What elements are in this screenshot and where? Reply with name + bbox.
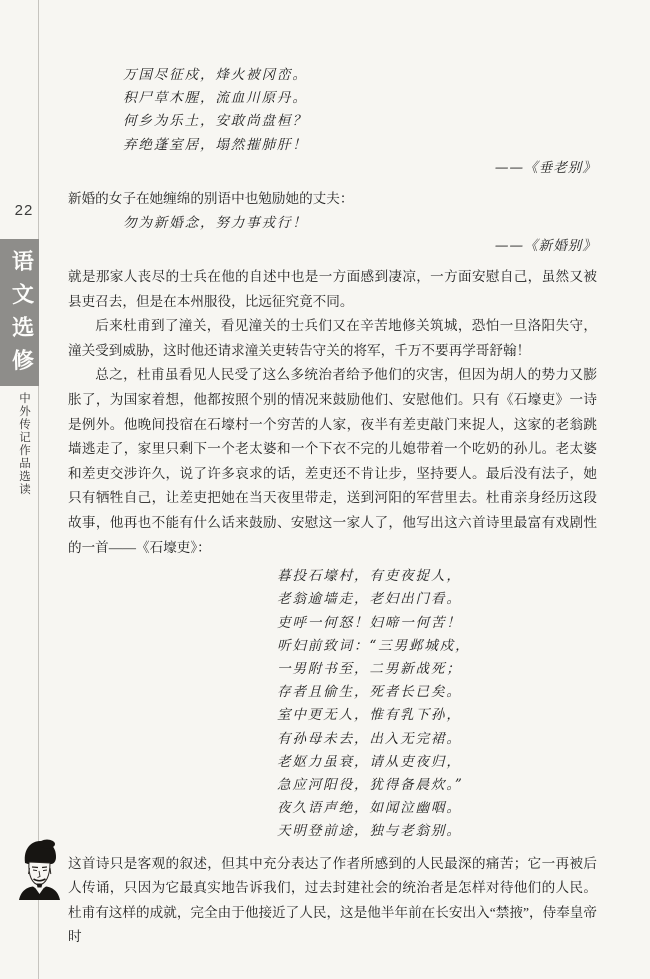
poem-chuilaobie-excerpt: 万国尽征戍，烽火被冈峦。 积尸草木腥，流血川原丹。 何乡为乐土，安敢尚盘桓？ 弃… bbox=[123, 64, 597, 157]
poem-line: 室中更无人，惟有乳下孙， bbox=[277, 704, 597, 727]
poem-line: 老翁逾墙走，老妇出门看。 bbox=[277, 588, 597, 611]
series-title-char: 文 bbox=[12, 283, 35, 306]
poem-attribution-xinhunbie: ——《新婚别》 bbox=[68, 235, 597, 258]
page-number: 22 bbox=[11, 202, 37, 219]
margin-rule bbox=[38, 0, 39, 979]
poem-line: 弃绝蓬室居，塌然摧肺肝！ bbox=[123, 134, 597, 157]
series-title-char: 语 bbox=[12, 250, 35, 273]
poem-line: 何乡为乐土，安敢尚盘桓？ bbox=[123, 110, 597, 133]
series-title-char: 修 bbox=[12, 350, 35, 373]
poem-line: 有孙母未去，出入无完裙。 bbox=[277, 728, 597, 751]
poem-line: 一男附书至，二男新战死； bbox=[277, 658, 597, 681]
series-title-char: 选 bbox=[12, 317, 35, 340]
body-paragraph: 总之，杜甫虽看见人民受了这么多统治者给予他们的灾害，但因为胡人的势力又膨胀了，为… bbox=[68, 363, 597, 560]
series-subtitle: 中外传记作品选读 bbox=[17, 392, 33, 496]
poem-xinhunbie-excerpt: 勿为新婚念，努力事戎行！ bbox=[123, 212, 597, 235]
poem-line: 老妪力虽衰，请从吏夜归， bbox=[277, 751, 597, 774]
poem-line: 吏呼一何怒！妇啼一何苦！ bbox=[277, 612, 597, 635]
body-paragraph: 新婚的女子在她缠绵的别语中也勉励她的丈夫： bbox=[68, 187, 597, 212]
poem-line: 急应河阳役，犹得备晨炊。” bbox=[277, 774, 597, 797]
dufu-portrait-icon bbox=[16, 838, 63, 900]
textbook-page: 22 语 文 选 修 中外传记作品选读 bbox=[0, 0, 650, 979]
poem-line: 天明登前途，独与老翁别。 bbox=[277, 820, 597, 843]
body-paragraph: 这首诗只是客观的叙述，但其中充分表达了作者所感到的人民最深的痛苦；它一再被后人传… bbox=[68, 852, 597, 950]
poem-line: 听妇前致词：“三男邺城戍， bbox=[277, 635, 597, 658]
body-paragraph: 后来杜甫到了潼关，看见潼关的士兵们又在辛苦地修关筑城，恐怕一旦洛阳失守，潼关受到… bbox=[68, 314, 597, 363]
poem-line: 暮投石壕村，有吏夜捉人， bbox=[277, 565, 597, 588]
poem-line: 存者且偷生，死者长已矣。 bbox=[277, 681, 597, 704]
poem-line: 勿为新婚念，努力事戎行！ bbox=[123, 212, 597, 235]
poem-line: 万国尽征戍，烽火被冈峦。 bbox=[123, 64, 597, 87]
page-content: 万国尽征戍，烽火被冈峦。 积尸草木腥，流血川原丹。 何乡为乐土，安敢尚盘桓？ 弃… bbox=[68, 0, 597, 950]
body-paragraph: 就是那家人丧尽的士兵在他的自述中也是一方面感到凄凉，一方面安慰自己，虽然又被县吏… bbox=[68, 265, 597, 314]
poem-line: 夜久语声绝，如闻泣幽咽。 bbox=[277, 797, 597, 820]
poem-attribution-chuilaobie: ——《垂老别》 bbox=[68, 157, 597, 180]
poem-shihaoli: 暮投石壕村，有吏夜捉人， 老翁逾墙走，老妇出门看。 吏呼一何怒！妇啼一何苦！ 听… bbox=[277, 565, 597, 843]
poem-line: 积尸草木腥，流血川原丹。 bbox=[123, 87, 597, 110]
series-title-block: 语 文 选 修 bbox=[0, 239, 39, 386]
